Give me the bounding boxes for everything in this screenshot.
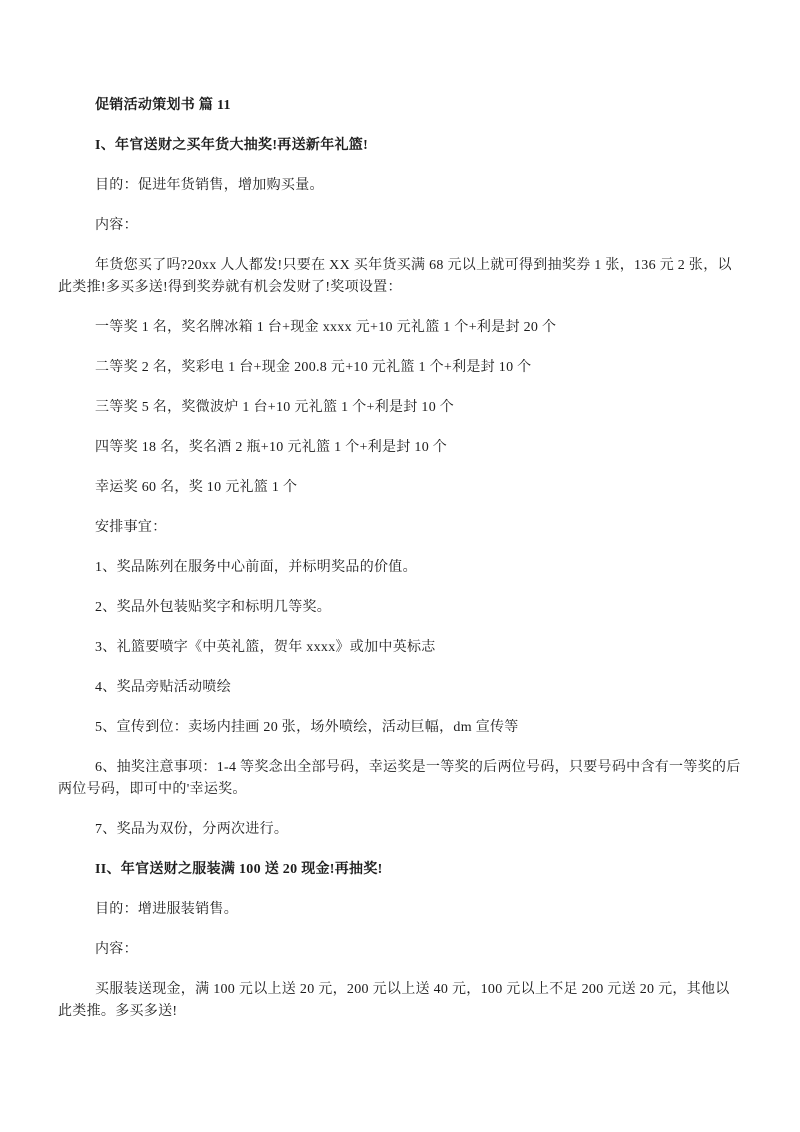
prize-fourth: 四等奖 18 名，奖名酒 2 瓶+10 元礼篮 1 个+利是封 10 个 (58, 437, 742, 459)
arrangements-label: 安排事宜： (58, 517, 742, 539)
content-body-2: 买服装送现金，满 100 元以上送 20 元，200 元以上送 40 元，100… (58, 979, 742, 1023)
arrangement-6: 6、抽奖注意事项：1-4 等奖念出全部号码，幸运奖是一等奖的后两位号码，只要号码… (58, 757, 742, 801)
content-body-1: 年货您买了吗?20xx 人人都发!只要在 XX 买年货买满 68 元以上就可得到… (58, 255, 742, 299)
content-label-1: 内容： (58, 215, 742, 237)
arrangement-2: 2、奖品外包装贴奖字和标明几等奖。 (58, 597, 742, 619)
content-label-2: 内容： (58, 939, 742, 961)
document-page: 促销活动策划书 篇 11I、年官送财之买年货大抽奖!再送新年礼篮!目的：促进年货… (0, 0, 800, 1132)
arrangement-7: 7、奖品为双份，分两次进行。 (58, 819, 742, 841)
arrangement-4: 4、奖品旁贴活动喷绘 (58, 677, 742, 699)
doc-section-title: 促销活动策划书 篇 11 (58, 95, 742, 117)
heading-activity-1: I、年官送财之买年货大抽奖!再送新年礼篮! (58, 135, 742, 157)
purpose-1: 目的：促进年货销售，增加购买量。 (58, 175, 742, 197)
prize-second: 二等奖 2 名，奖彩电 1 台+现金 200.8 元+10 元礼篮 1 个+利是… (58, 357, 742, 379)
prize-lucky: 幸运奖 60 名，奖 10 元礼篮 1 个 (58, 477, 742, 499)
prize-first: 一等奖 1 名，奖名牌冰箱 1 台+现金 xxxx 元+10 元礼篮 1 个+利… (58, 317, 742, 339)
arrangement-3: 3、礼篮要喷字《中英礼篮，贺年 xxxx》或加中英标志 (58, 637, 742, 659)
arrangement-1: 1、奖品陈列在服务中心前面，并标明奖品的价值。 (58, 557, 742, 579)
prize-third: 三等奖 5 名，奖微波炉 1 台+10 元礼篮 1 个+利是封 10 个 (58, 397, 742, 419)
arrangement-5: 5、宣传到位：卖场内挂画 20 张，场外喷绘，活动巨幅，dm 宣传等 (58, 717, 742, 739)
purpose-2: 目的：增进服装销售。 (58, 899, 742, 921)
heading-activity-2: II、年官送财之服装满 100 送 20 现金!再抽奖! (58, 859, 742, 881)
